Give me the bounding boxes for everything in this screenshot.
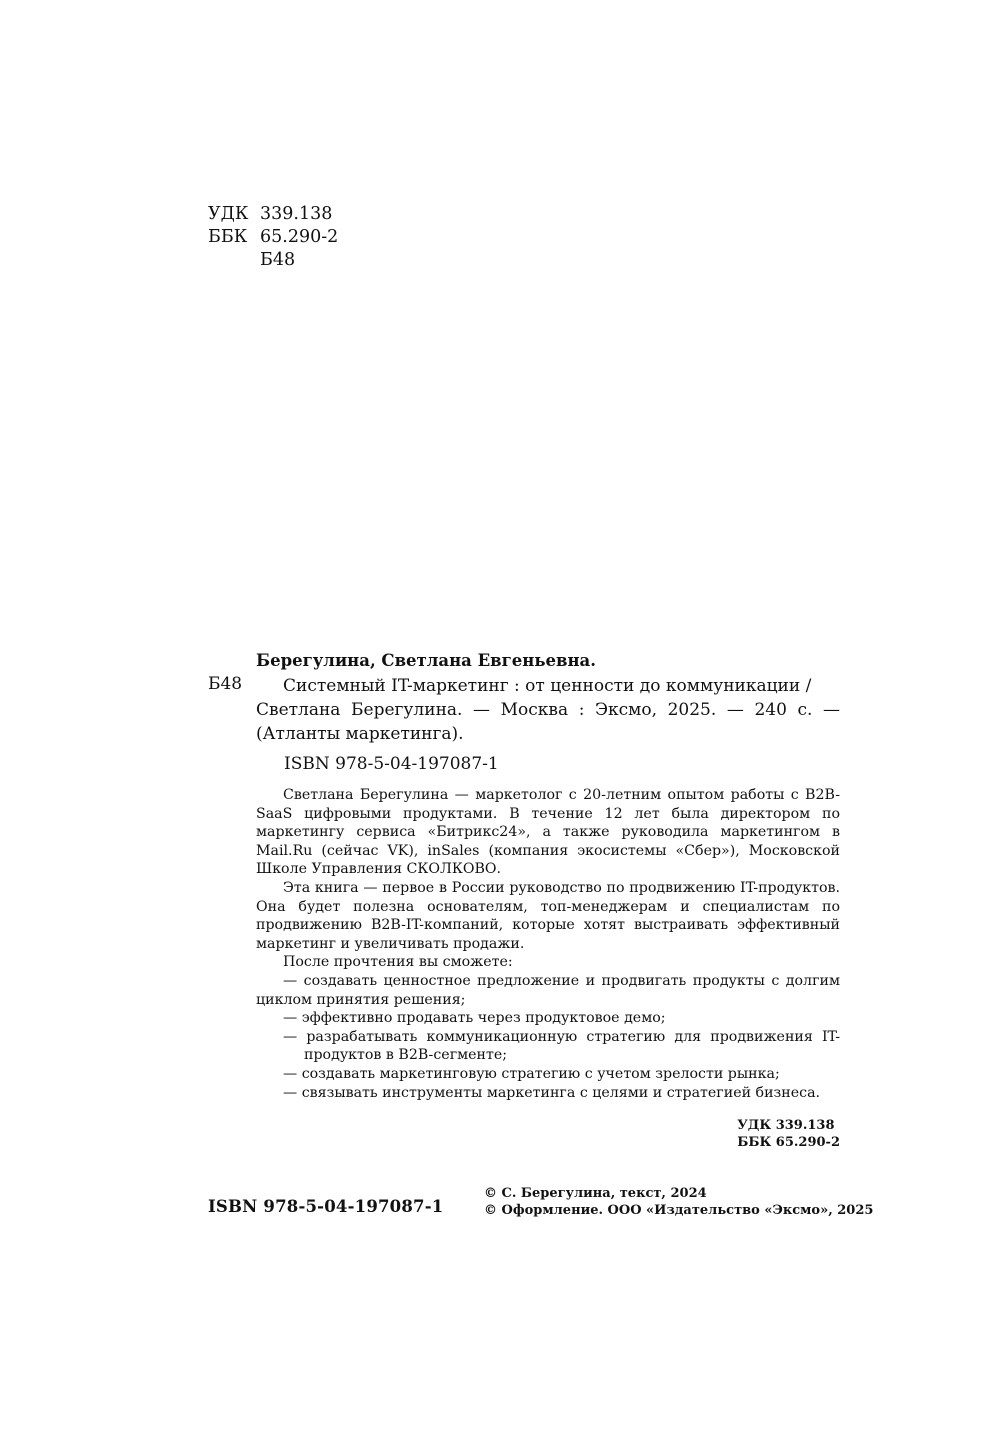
classification-codes-top: УДК 339.138 ББК 65.290-2 Б48	[208, 203, 338, 272]
annotation-book-description: Эта книга — первое в России руководство …	[256, 879, 840, 953]
cutter-row: Б48	[208, 249, 338, 272]
cutter-code: Б48	[260, 249, 295, 272]
udk-value: 339.138	[260, 203, 332, 226]
annotation-list-intro: После прочтения вы сможете:	[256, 953, 840, 972]
list-item: — разрабатывать коммуникационную стратег…	[256, 1028, 840, 1065]
list-item: — создавать ценностное предложение и про…	[256, 972, 840, 1009]
list-item: — эффективно продавать через продуктовое…	[256, 1009, 840, 1028]
annotation: Светлана Берегулина — маркетолог с 20-ле…	[256, 786, 840, 1102]
bbk-row: ББК 65.290-2	[208, 226, 338, 249]
udk-row: УДК 339.138	[208, 203, 338, 226]
bibliographic-description: Системный IT-маркетинг : от ценности до …	[256, 674, 840, 746]
book-title-line: Системный IT-маркетинг : от ценности до …	[256, 674, 840, 698]
udk-code: УДК 339.138	[737, 1117, 840, 1134]
publication-details: Светлана Берегулина. — Москва : Эксмо, 2…	[256, 700, 840, 744]
classification-codes-bottom: УДК 339.138 ББК 65.290-2	[737, 1117, 840, 1151]
record-cutter-code: Б48	[208, 674, 242, 694]
copyright-design: © Оформление. ООО «Издательство «Эксмо»,…	[484, 1202, 873, 1219]
bbk-code: ББК 65.290-2	[737, 1134, 840, 1151]
udk-label: УДК	[208, 203, 260, 226]
author-heading: Берегулина, Светлана Евгеньевна.	[256, 651, 596, 670]
annotation-benefits-list: — создавать ценностное предложение и про…	[256, 972, 840, 1102]
bbk-value: 65.290-2	[260, 226, 338, 249]
list-item: — связывать инструменты маркетинга с цел…	[256, 1084, 840, 1103]
copyright-block: © С. Берегулина, текст, 2024 © Оформлени…	[484, 1185, 873, 1219]
bbk-label: ББК	[208, 226, 260, 249]
footer-isbn: ISBN 978-5-04-197087-1	[208, 1197, 443, 1216]
annotation-author-bio: Светлана Берегулина — маркетолог с 20-ле…	[256, 786, 840, 879]
copyright-text: © С. Берегулина, текст, 2024	[484, 1185, 873, 1202]
list-item: — создавать маркетинговую стратегию с уч…	[256, 1065, 840, 1084]
record-isbn: ISBN 978-5-04-197087-1	[284, 754, 499, 774]
